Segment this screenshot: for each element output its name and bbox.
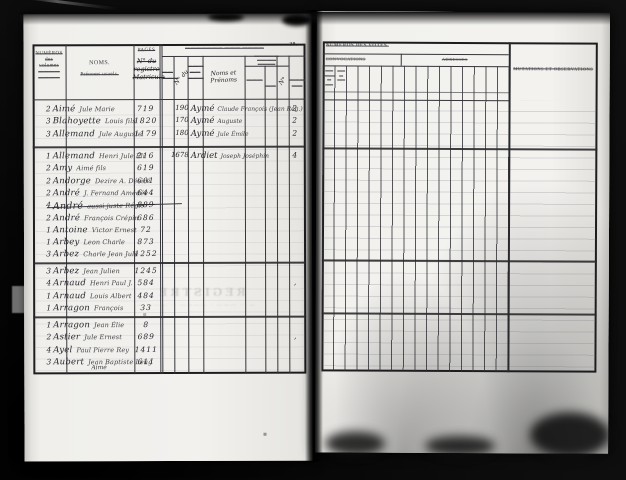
bleedthrough-mark: ~ ·—· (522, 330, 557, 338)
header-top-band: NUMÉROS DES VOTES. (326, 43, 416, 48)
scan-smudge (530, 412, 610, 457)
header-vote-col1: ———————— (324, 68, 335, 86)
scan-smudge (325, 431, 385, 455)
header-adresses: ADRESSES (401, 57, 509, 62)
handwritten-entries: 2AiméJule Marie719190AyméClaude François… (32, 44, 306, 375)
header-vote-col2: ————— (336, 68, 347, 82)
left-register-table: NUMÉROSdesvolumes———————— NOMS. Prénoms … (32, 44, 306, 375)
right-register-table: NUMÉROS DES VOTES. CONVOCATIONS ADRESSES… (321, 41, 597, 372)
header-convocations: CONVOCATIONS (326, 56, 396, 61)
scan-dark-blob (208, 13, 244, 21)
book-spine-gap (305, 10, 323, 462)
scanned-register-spread: { "scan": { "page_number": "30.", "bleed… (0, 0, 626, 480)
vote-columns-grid (321, 65, 509, 372)
page-top-shadow (20, 12, 610, 25)
scan-dark-blob (282, 14, 312, 26)
right-register-page: NUMÉROS DES VOTES. CONVOCATIONS ADRESSES… (315, 11, 610, 453)
left-register-page: REGISTRE — ·· ——— · ———— ·· ——— — 30. NU… (23, 14, 312, 462)
scan-smudge (425, 436, 495, 456)
header-mutations-observations: MUTATIONS ET OBSERVATIONS (509, 66, 598, 71)
bleedthrough-mark: ·— ~ (537, 348, 564, 355)
